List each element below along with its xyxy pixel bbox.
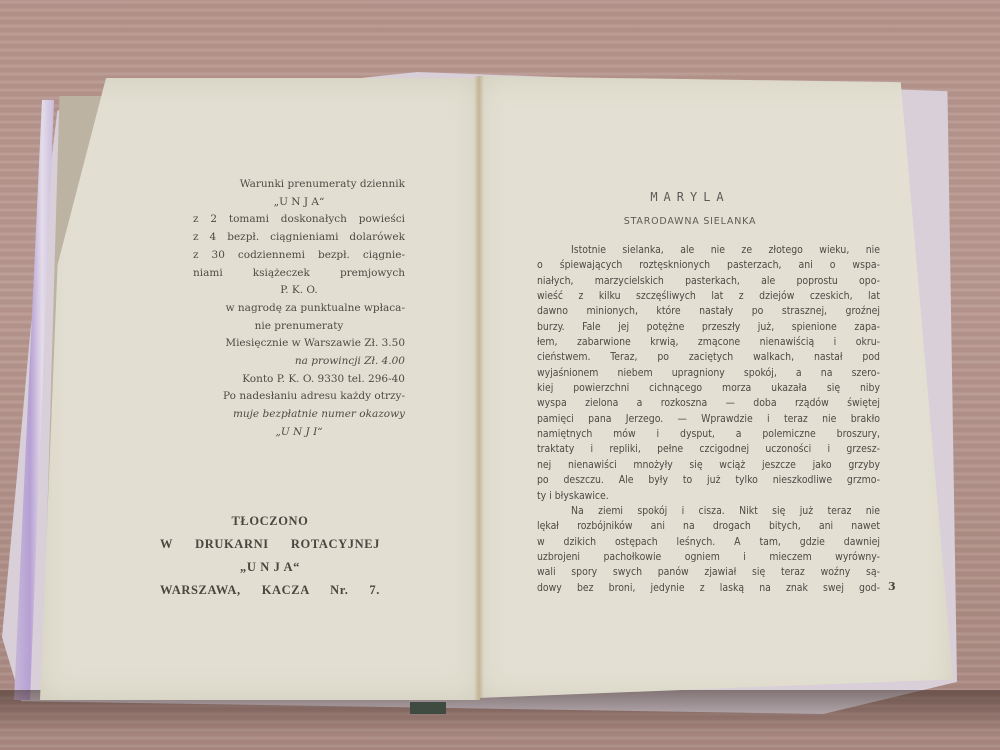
- imprint-line: WARSZAWA, KACZA Nr. 7.: [160, 579, 380, 602]
- text-line: burzy. Fale jej potężne przeszły już, sp…: [537, 320, 880, 335]
- ad-line: z 30 codziennemi bezpł. ciągnie-: [193, 247, 405, 265]
- text-line: po deszczu. Ale były to już tylko nieszk…: [537, 473, 880, 488]
- ad-line: w nagrodę za punktualne wpłaca-: [193, 300, 405, 318]
- ad-line: Miesięcznie w Warszawie Zł. 3.50: [193, 335, 405, 353]
- text-line: uzbrojeni pachołkowie ogniem i mieczem w…: [537, 550, 880, 565]
- text-line: dowy bez broni, jedynie z laską na znak …: [537, 581, 880, 596]
- text-line: niałych, marzycielskich pasterkach, ale …: [537, 274, 880, 289]
- text-line: dawno minionych, które nastały po strasz…: [537, 304, 880, 319]
- body-text: Istotnie sielanka, ale nie ze złotego wi…: [537, 243, 880, 596]
- subscription-ad: Warunki prenumeraty dziennik „U N J A“ z…: [193, 176, 405, 442]
- ad-line: P. K. O.: [193, 282, 405, 300]
- text-line: namiętnych mów i dysput, a polemiczne br…: [537, 427, 880, 442]
- text-line: wyjaśnionem niebem upragniony spokój, a …: [537, 366, 880, 381]
- text-line: kiej powierzchni cichnącego morza ukazał…: [537, 381, 880, 396]
- ad-line: Po nadesłaniu adresu każdy otrzy-: [193, 388, 405, 406]
- ad-line: z 2 tomami doskonałych powieści: [193, 211, 405, 229]
- ad-line: z 4 bezpł. ciągnieniami dolarówek: [193, 229, 405, 247]
- book-gutter: [474, 76, 484, 700]
- text-line: w dzikich ostępach leśnych. A tam, gdzie…: [537, 535, 880, 550]
- imprint-line: W DRUKARNI ROTACYJNEJ: [160, 533, 380, 556]
- ad-line: muje bezpłatnie numer okazowy: [193, 406, 405, 424]
- text-line: lękał rozbójników ani na drogach bitych,…: [537, 519, 880, 534]
- chapter-subtitle: STARODAWNA SIELANKA: [580, 216, 800, 227]
- text-line: łem, zabarwione krwią, zmącone nienawiśc…: [537, 335, 880, 350]
- text-line: Istotnie sielanka, ale nie ze złotego wi…: [537, 243, 880, 258]
- text-line: nej nienawiści mnożyły się wciąż jeszcze…: [537, 458, 880, 473]
- text-line: wali spory swych panów zjawiał się teraz…: [537, 565, 880, 580]
- spine-bottom-tab: [410, 702, 446, 714]
- ad-line: „U N J A“: [193, 194, 405, 212]
- ad-line: niami książeczek premjowych: [193, 265, 405, 283]
- text-line: traktaty i repliki, pełne czcigodnej ucz…: [537, 442, 880, 457]
- page-number: 3: [888, 580, 896, 593]
- ad-line: „U N J I“: [193, 424, 405, 442]
- chapter-title: MARYLA: [580, 190, 800, 204]
- ad-line: na prowincji Zł. 4.00: [193, 353, 405, 371]
- ad-line: nie prenumeraty: [193, 318, 405, 336]
- text-line: o śpiewających roztęsknionych pasterzach…: [537, 258, 880, 273]
- printer-imprint: TŁOCZONO W DRUKARNI ROTACYJNEJ „U N J A“…: [160, 510, 380, 602]
- ad-line: Konto P. K. O. 9330 tel. 296-40: [193, 371, 405, 389]
- ad-line: Warunki prenumeraty dziennik: [193, 176, 405, 194]
- text-line: ty i błyskawice.: [537, 489, 880, 504]
- text-line: Na ziemi spokój i cisza. Nikt się już te…: [537, 504, 880, 519]
- text-line: wieść z kilku szczęśliwych lat z dziejów…: [537, 289, 880, 304]
- text-line: pamięci pana Jerzego. — Wprawdzie i tera…: [537, 412, 880, 427]
- text-line: wyspa zielona a rozkoszna — doba rządów …: [537, 396, 880, 411]
- text-line: cieństwem. Teraz, po zaciętych walkach, …: [537, 350, 880, 365]
- imprint-line: „U N J A“: [160, 556, 380, 579]
- imprint-line: TŁOCZONO: [160, 510, 380, 533]
